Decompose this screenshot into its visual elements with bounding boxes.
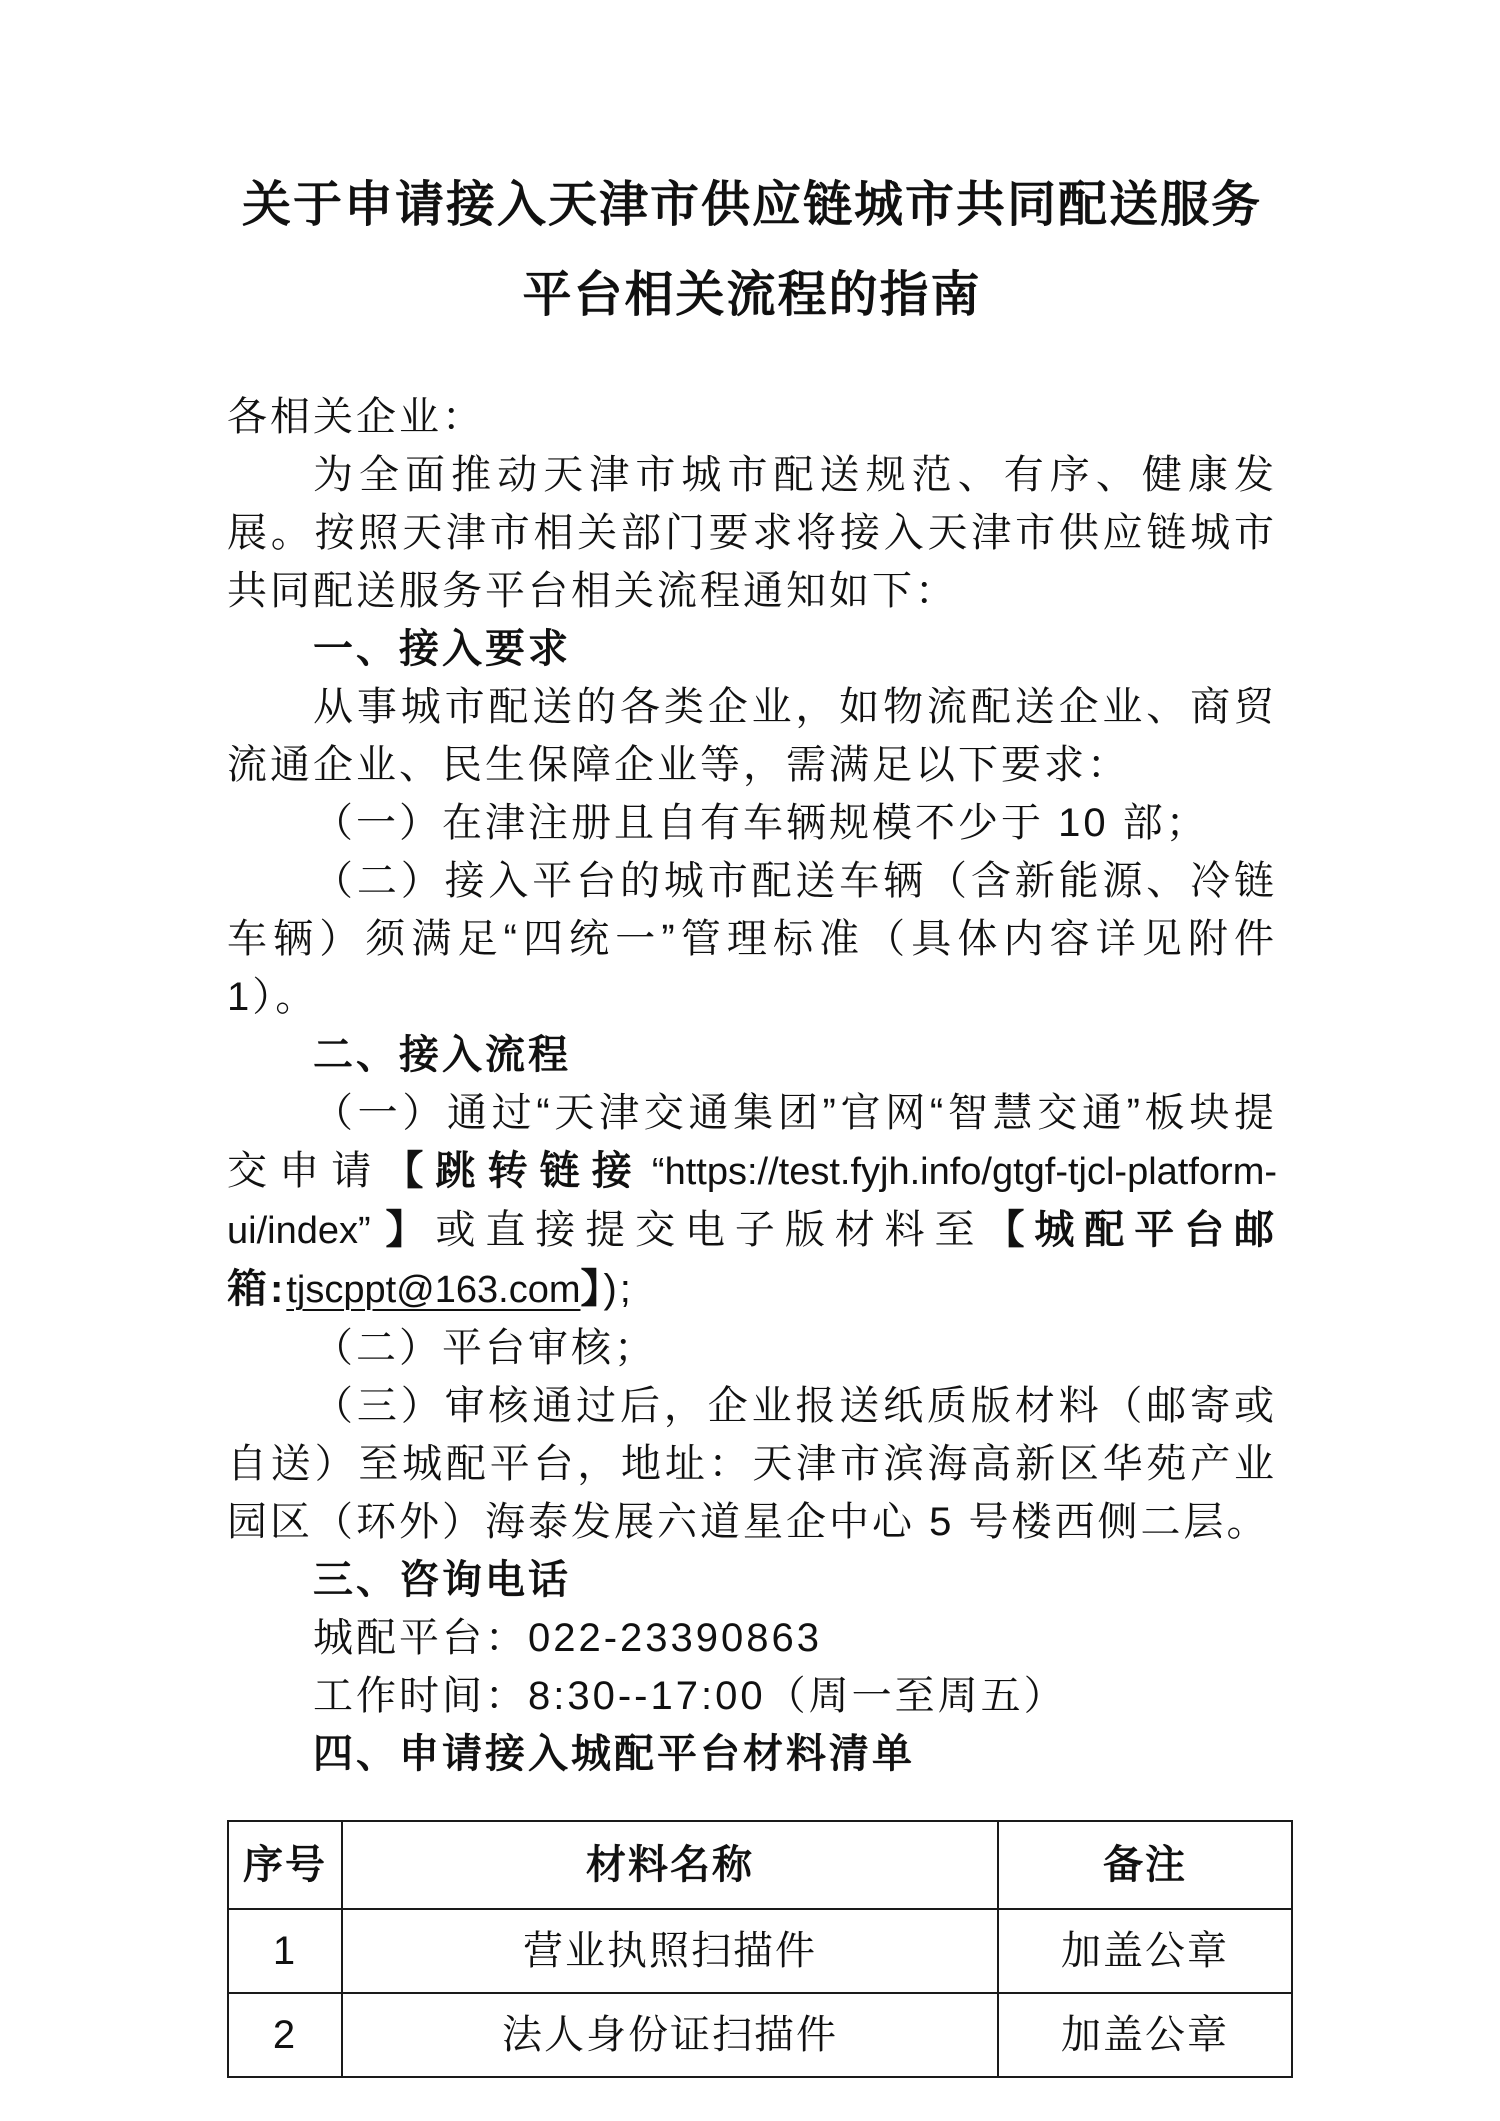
cell-index: 1	[228, 1909, 342, 1993]
cell-note: 加盖公章	[998, 1993, 1292, 2077]
document-content: 关于申请接入天津市供应链城市共同配送服务 平台相关流程的指南 各相关企业： 为全…	[227, 160, 1277, 2078]
section-1-item-2: （二）接入平台的城市配送车辆（含新能源、冷链车辆）须满足“四统一”管理标准（具体…	[227, 852, 1277, 1026]
working-hours-line: 工作时间：8:30--17:00（周一至周五）	[227, 1667, 1277, 1725]
section-1-paragraph: 从事城市配送的各类企业，如物流配送企业、商贸流通企业、民生保障企业等，需满足以下…	[227, 678, 1277, 794]
header-cell-material-name: 材料名称	[342, 1821, 998, 1909]
document-body: 各相关企业： 为全面推动天津市城市配送规范、有序、健康发展。按照天津市相关部门要…	[227, 388, 1277, 2078]
document-title-line-2: 平台相关流程的指南	[227, 250, 1277, 340]
section-2-item-3: （三）审核通过后，企业报送纸质版材料（邮寄或自送）至城配平台，地址：天津市滨海高…	[227, 1377, 1277, 1551]
section-4-heading: 四、申请接入城配平台材料清单	[227, 1725, 1277, 1783]
section-2-heading: 二、接入流程	[227, 1026, 1277, 1084]
salutation: 各相关企业：	[227, 388, 1277, 446]
section-1-item-1: （一）在津注册且自有车辆规模不少于 10 部；	[227, 794, 1277, 852]
section-2-item-1: （一）通过“天津交通集团”官网“智慧交通”板块提交申请【跳转链接“https:/…	[227, 1084, 1277, 1319]
header-cell-note: 备注	[998, 1821, 1292, 1909]
jump-link-bracket-close: 】	[379, 1208, 436, 1252]
jump-link-bracket-open: 【跳转链接	[383, 1149, 644, 1193]
section-1-heading: 一、接入要求	[227, 620, 1277, 678]
document-title-line-1: 关于申请接入天津市供应链城市共同配送服务	[227, 160, 1277, 250]
table-row: 1 营业执照扫描件 加盖公章	[228, 1909, 1292, 1993]
cell-index: 2	[228, 1993, 342, 2077]
document-title: 关于申请接入天津市供应链城市共同配送服务 平台相关流程的指南	[227, 160, 1277, 340]
cell-material-name: 法人身份证扫描件	[342, 1993, 998, 2077]
apply-tail-text: );	[603, 1267, 633, 1311]
cell-material-name: 营业执照扫描件	[342, 1909, 998, 1993]
table-header-row: 序号 材料名称 备注	[228, 1821, 1292, 1909]
email-link[interactable]: tjscppt@163.com	[286, 1269, 580, 1311]
table-row: 2 法人身份证扫描件 加盖公章	[228, 1993, 1292, 2077]
materials-table: 序号 材料名称 备注 1 营业执照扫描件 加盖公章 2 法人身份证扫描件 加盖公…	[227, 1820, 1293, 2078]
email-bracket-close: 】	[580, 1267, 603, 1311]
intro-paragraph: 为全面推动天津市城市配送规范、有序、健康发展。按照天津市相关部门要求将接入天津市…	[227, 446, 1277, 620]
document-page: 关于申请接入天津市供应链城市共同配送服务 平台相关流程的指南 各相关企业： 为全…	[0, 0, 1500, 2121]
phone-line: 城配平台：022-23390863	[227, 1609, 1277, 1667]
apply-middle-text: 或直接提交电子版材料至	[435, 1208, 984, 1252]
header-cell-index: 序号	[228, 1821, 342, 1909]
section-3-heading: 三、咨询电话	[227, 1551, 1277, 1609]
section-2-item-2: （二）平台审核；	[227, 1319, 1277, 1377]
cell-note: 加盖公章	[998, 1909, 1292, 1993]
